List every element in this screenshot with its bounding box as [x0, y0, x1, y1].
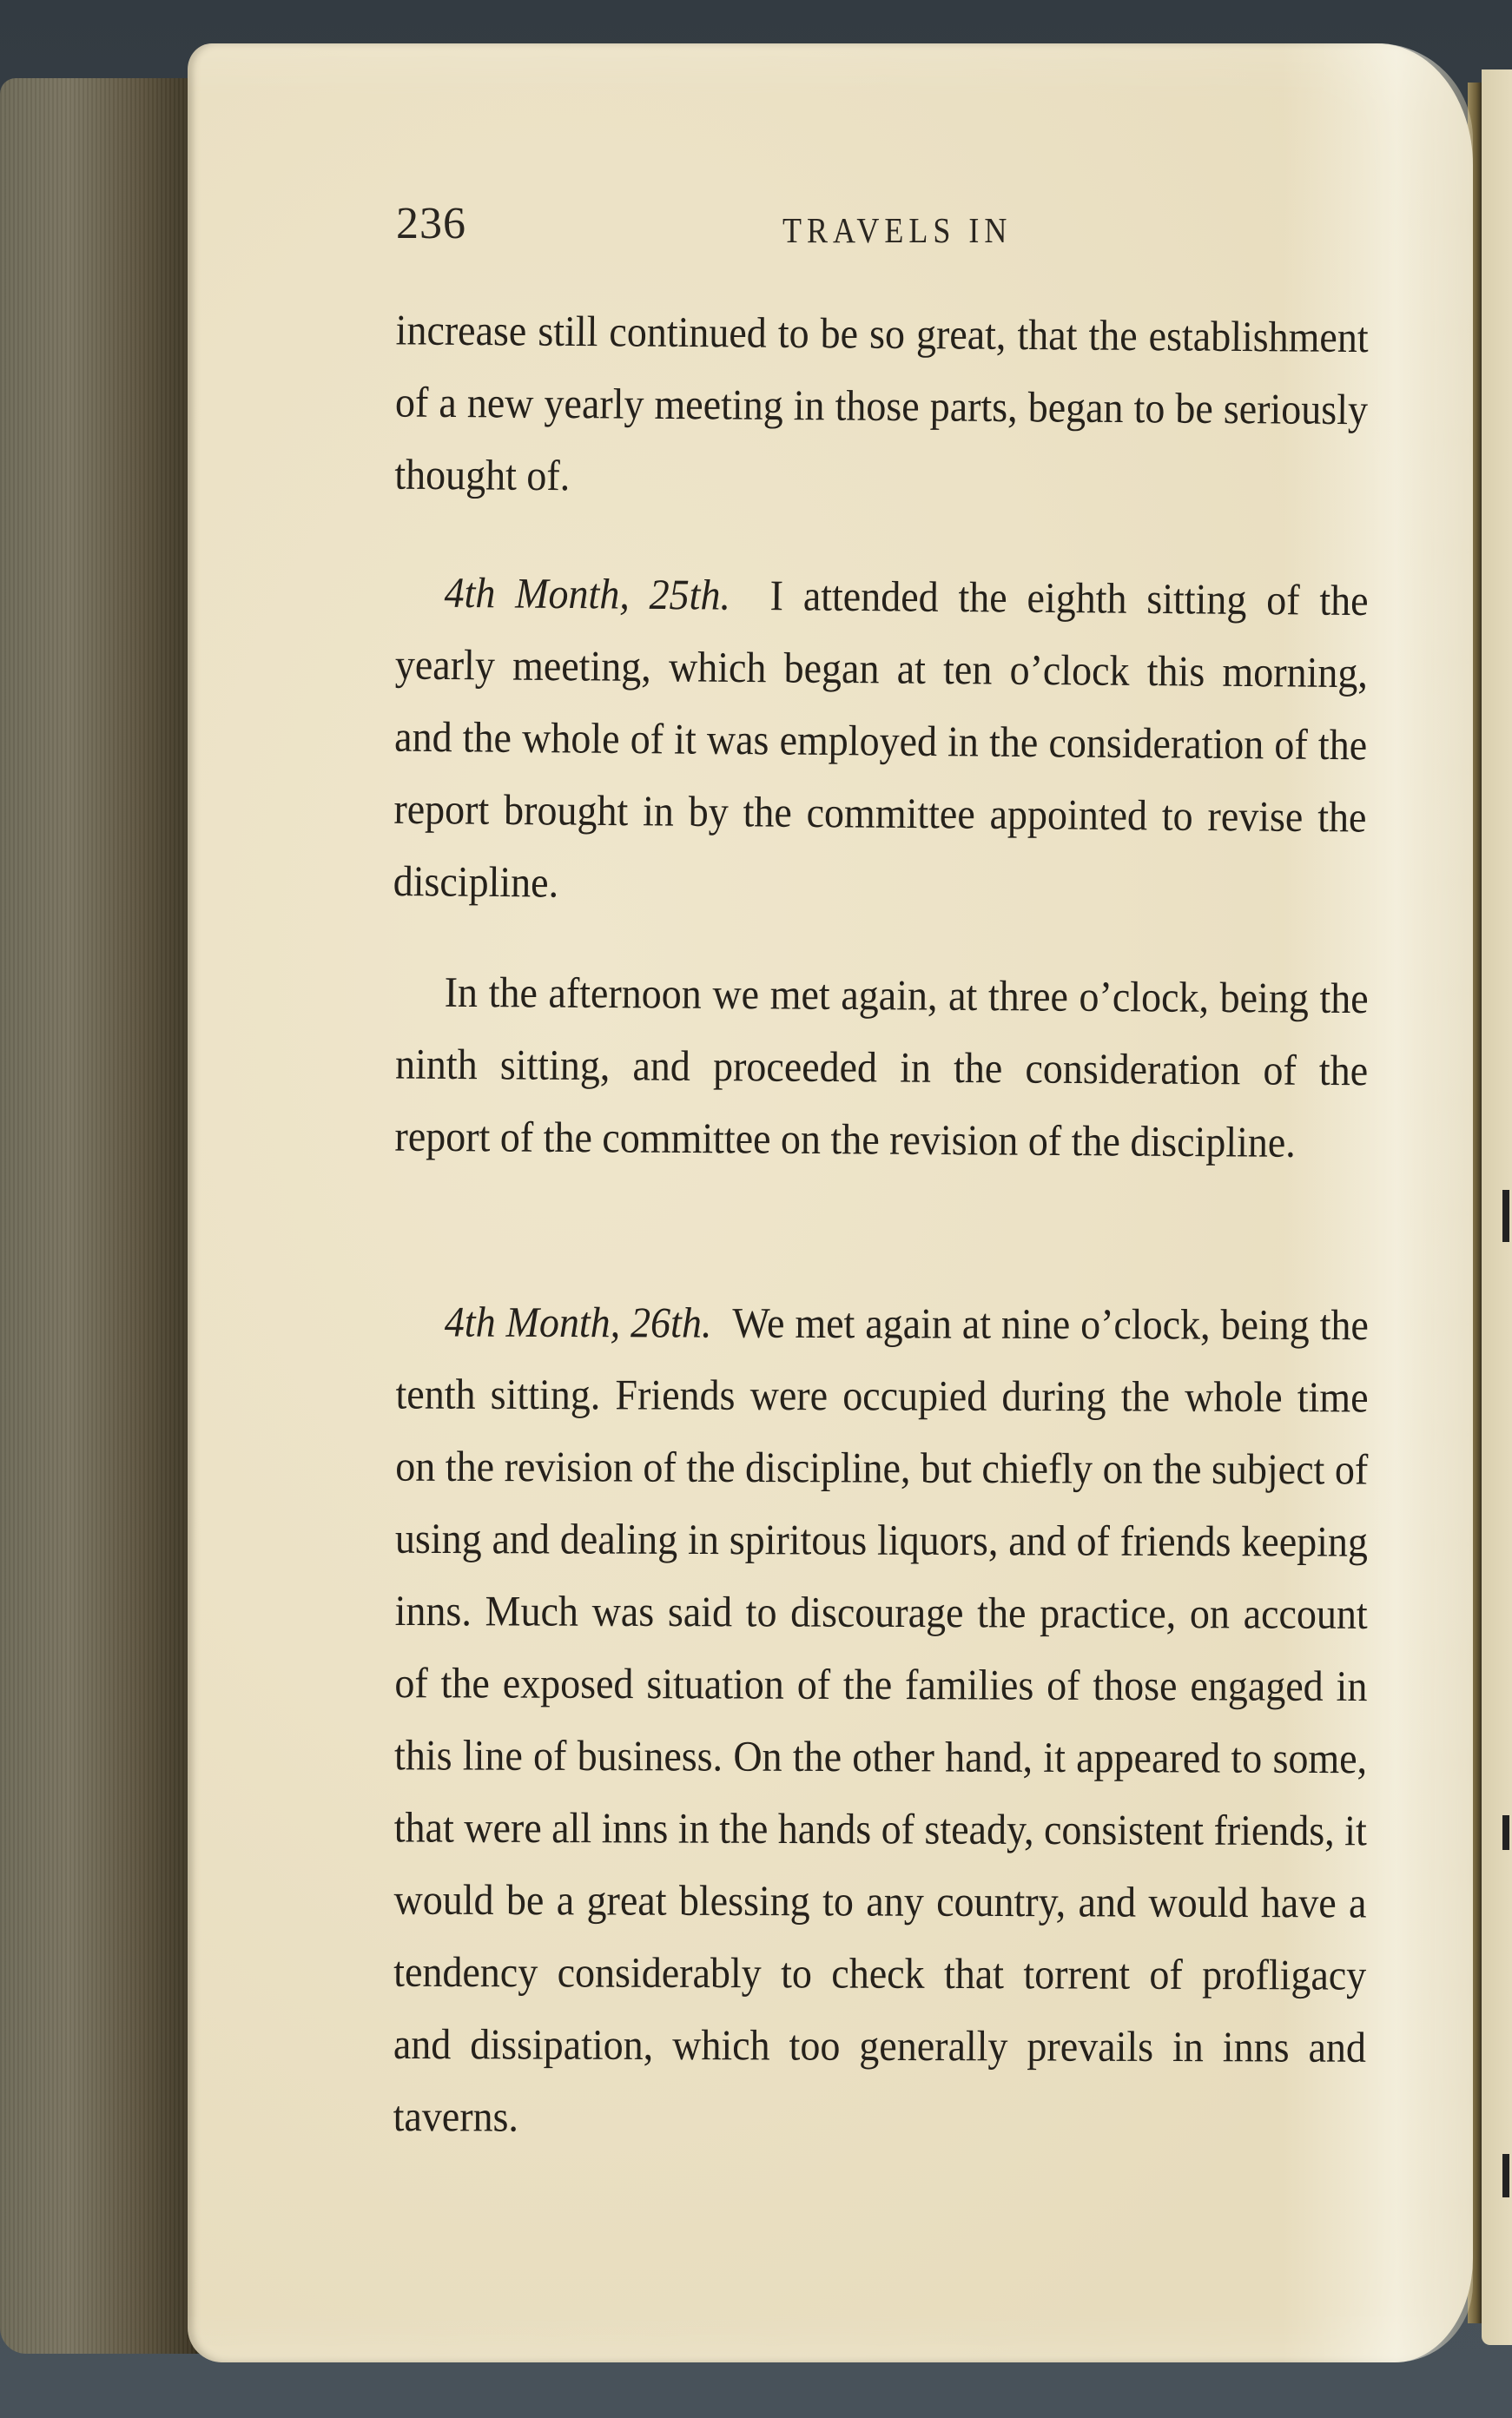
book-page-edges	[0, 78, 200, 2354]
paragraph-text: I attended the eighth sitting of the yea…	[393, 571, 1368, 907]
entry-date: 4th Month, 26th.	[445, 1298, 712, 1346]
paragraph-entry-april-25: 4th Month, 25th. I attended the eighth s…	[393, 556, 1369, 926]
page-number: 236	[396, 198, 466, 249]
facing-page-ink-mark	[1502, 2154, 1509, 2197]
paragraph-text: In the afternoon we met again, at three …	[394, 955, 1369, 1179]
paragraph-afternoon-sitting: In the afternoon we met again, at three …	[394, 955, 1369, 1179]
paragraph-text: We met again at nine o’clock, being the …	[393, 1298, 1369, 2140]
paragraph-body: 4th Month, 25th. I attended the eighth s…	[393, 556, 1369, 926]
paragraph-text: increase still continued to be so great,…	[394, 294, 1369, 518]
running-title: TRAVELS IN	[782, 209, 1012, 251]
running-head: 236 TRAVELS IN	[396, 198, 1369, 250]
entry-date: 4th Month, 25th.	[444, 569, 730, 619]
facing-page-ink-mark	[1502, 1190, 1509, 1242]
facing-page-ink-mark	[1502, 1815, 1509, 1850]
paragraph-entry-april-26: 4th Month, 26th. We met again at nine o’…	[393, 1285, 1369, 2156]
paragraph-body: 4th Month, 26th. We met again at nine o’…	[393, 1285, 1369, 2156]
paragraph-continuation: increase still continued to be so great,…	[394, 294, 1369, 518]
